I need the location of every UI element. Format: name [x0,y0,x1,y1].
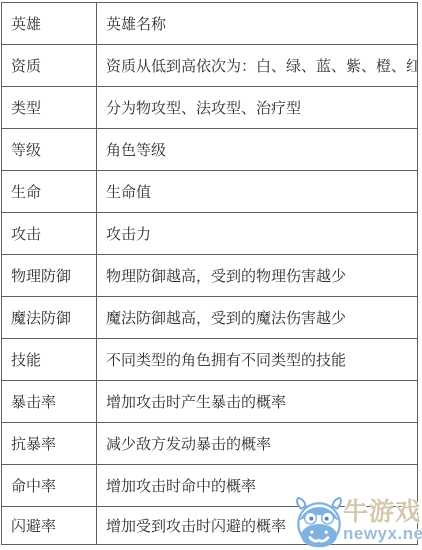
attribute-name-cell: 资质 [2,45,97,87]
attribute-name-cell: 攻击 [2,213,97,255]
attribute-desc-cell: 分为物攻型、法攻型、治疗型 [97,87,418,129]
attribute-name-cell: 英雄 [2,3,97,45]
table-row: 技能不同类型的角色拥有不同类型的技能 [2,339,418,381]
table-row: 抗暴率减少敌方发动暴击的概率 [2,423,418,465]
table-row: 物理防御物理防御越高，受到的物理伤害越少 [2,255,418,297]
attribute-desc-cell: 增加攻击时产生暴击的概率 [97,381,418,423]
hero-attributes-table: 英雄英雄名称资质资质从低到高依次为：白、绿、蓝、紫、橙、红类型分为物攻型、法攻型… [1,2,418,545]
attribute-name-cell: 技能 [2,339,97,381]
attribute-name-cell: 等级 [2,129,97,171]
table-row: 生命生命值 [2,171,418,213]
attribute-desc-cell: 英雄名称 [97,3,418,45]
attribute-desc-cell: 角色等级 [97,129,418,171]
attribute-table-body: 英雄英雄名称资质资质从低到高依次为：白、绿、蓝、紫、橙、红类型分为物攻型、法攻型… [2,3,418,545]
table-row: 魔法防御魔法防御越高，受到的魔法伤害越少 [2,297,418,339]
table-row: 资质资质从低到高依次为：白、绿、蓝、紫、橙、红 [2,45,418,87]
attribute-desc-cell: 减少敌方发动暴击的概率 [97,423,418,465]
table-row: 等级角色等级 [2,129,418,171]
attribute-name-cell: 魔法防御 [2,297,97,339]
attribute-desc-cell: 物理防御越高，受到的物理伤害越少 [97,255,418,297]
attribute-name-cell: 类型 [2,87,97,129]
attribute-name-cell: 生命 [2,171,97,213]
page: 英雄英雄名称资质资质从低到高依次为：白、绿、蓝、紫、橙、红类型分为物攻型、法攻型… [0,0,422,550]
attribute-desc-cell: 生命值 [97,171,418,213]
table-row: 暴击率增加攻击时产生暴击的概率 [2,381,418,423]
attribute-name-cell: 暴击率 [2,381,97,423]
attribute-name-cell: 抗暴率 [2,423,97,465]
table-row: 类型分为物攻型、法攻型、治疗型 [2,87,418,129]
attribute-desc-cell: 攻击力 [97,213,418,255]
attribute-name-cell: 闪避率 [2,507,97,545]
attribute-name-cell: 物理防御 [2,255,97,297]
attribute-desc-cell: 不同类型的角色拥有不同类型的技能 [97,339,418,381]
attribute-name-cell: 命中率 [2,465,97,507]
table-row: 英雄英雄名称 [2,3,418,45]
table-row: 闪避率增加受到攻击时闪避的概率 [2,507,418,545]
attribute-desc-cell: 魔法防御越高，受到的魔法伤害越少 [97,297,418,339]
table-row: 攻击攻击力 [2,213,418,255]
attribute-desc-cell: 资质从低到高依次为：白、绿、蓝、紫、橙、红 [97,45,418,87]
attribute-desc-cell: 增加受到攻击时闪避的概率 [97,507,418,545]
table-row: 命中率增加攻击时命中的概率 [2,465,418,507]
attribute-desc-cell: 增加攻击时命中的概率 [97,465,418,507]
